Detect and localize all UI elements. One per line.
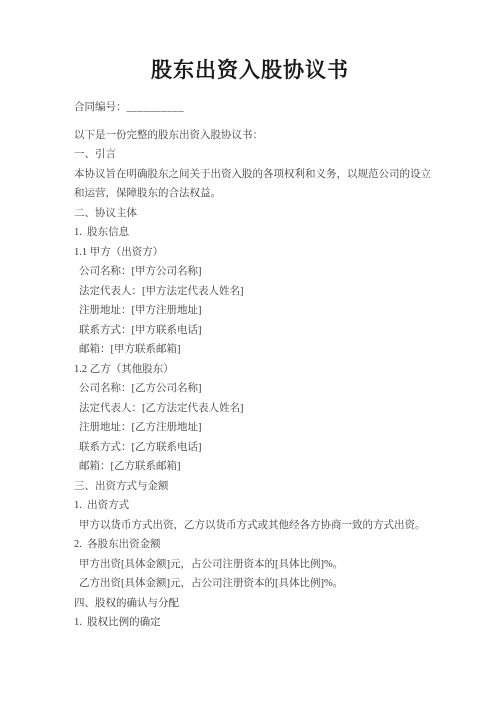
party-b-email: 邮箱：[乙方联系邮箱]: [0, 457, 500, 477]
section-heading-equity: 四、股权的确认与分配: [0, 594, 500, 614]
section-heading-introduction: 一、引言: [0, 145, 500, 165]
party-a-contribution-line: 甲方出资[具体金额]元，占公司注册资本的[具体比例]%。: [0, 555, 500, 575]
contract-number-line: 合同编号：__________: [0, 98, 500, 118]
section-heading-contribution: 三、出资方式与金额: [0, 477, 500, 497]
party-b-registered-address: 注册地址：[乙方注册地址]: [0, 418, 500, 438]
contribution-method-text: 甲方以货币方式出资，乙方以货币方式或其他经各方协商一致的方式出资。: [0, 516, 500, 536]
contract-number-blank: __________: [127, 102, 185, 113]
item-party-b-heading: 1.2 乙方（其他股东）: [0, 360, 500, 380]
document-title: 股东出资入股协议书: [0, 56, 500, 84]
party-b-company-name: 公司名称：[乙方公司名称]: [0, 379, 500, 399]
intro-line: 以下是一份完整的股东出资入股协议书：: [0, 126, 500, 146]
clause-purpose-line-1: 本协议旨在明确股东之间关于出资入股的各项权利和义务，以规范公司的设立: [0, 165, 500, 185]
party-a-contact-phone: 联系方式：[甲方联系电话]: [0, 321, 500, 341]
party-a-registered-address: 注册地址：[甲方注册地址]: [0, 301, 500, 321]
party-a-email: 邮箱：[甲方联系邮箱]: [0, 340, 500, 360]
item-shareholder-info: 1. 股东信息: [0, 223, 500, 243]
party-b-legal-representative: 法定代表人：[乙方法定代表人姓名]: [0, 399, 500, 419]
document-page: 股东出资入股协议书 合同编号：__________ 以下是一份完整的股东出资入股…: [0, 0, 500, 707]
item-contribution-method: 1. 出资方式: [0, 496, 500, 516]
party-a-legal-representative: 法定代表人：[甲方法定代表人姓名]: [0, 282, 500, 302]
contract-number-label: 合同编号：: [74, 102, 127, 113]
clause-purpose-line-2: 和运营，保障股东的合法权益。: [0, 184, 500, 204]
party-a-company-name: 公司名称：[甲方公司名称]: [0, 262, 500, 282]
item-party-a-heading: 1.1 甲方（出资方）: [0, 243, 500, 263]
item-equity-ratio: 1. 股权比例的确定: [0, 613, 500, 633]
section-heading-parties: 二、协议主体: [0, 204, 500, 224]
party-b-contact-phone: 联系方式：[乙方联系电话]: [0, 438, 500, 458]
party-b-contribution-line: 乙方出资[具体金额]元，占公司注册资本的[具体比例]%。: [0, 574, 500, 594]
item-contribution-amounts: 2. 各股东出资金额: [0, 535, 500, 555]
